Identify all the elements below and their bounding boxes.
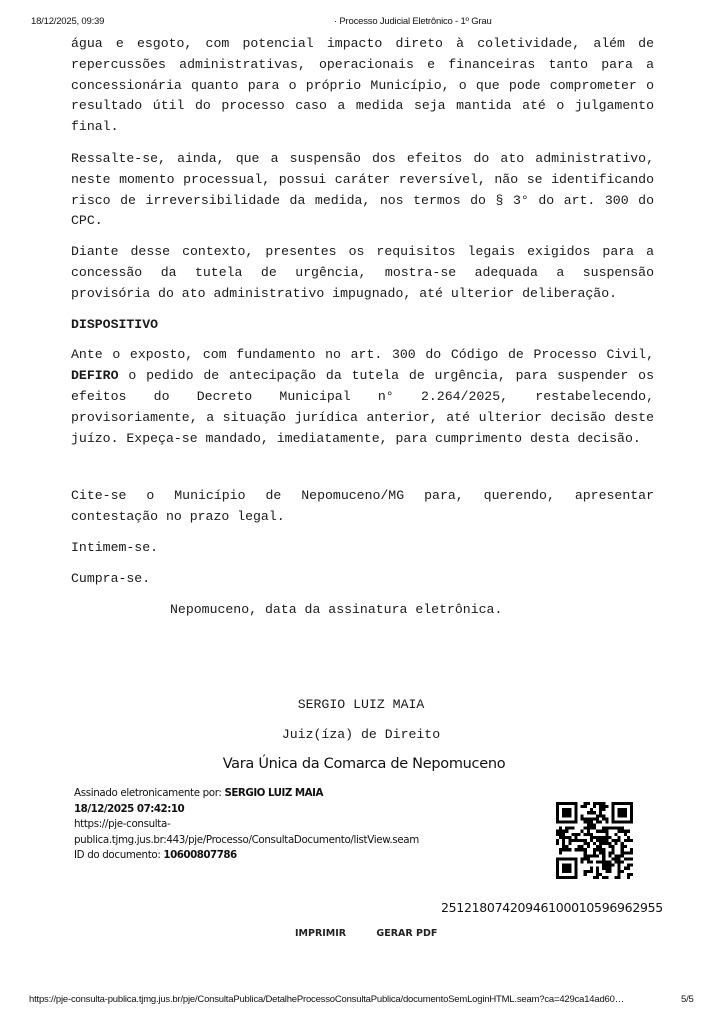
print-footer-url: https://pje-consulta-publica.tjmg.jus.br… xyxy=(29,994,624,1005)
judge-name: SERGIO LUIZ MAIA xyxy=(0,697,722,712)
section-heading-dispositivo: DISPOSITIVO xyxy=(71,315,654,336)
paragraph-cumpra: Cumpra-se. xyxy=(71,569,654,590)
print-header: 18/12/2025, 09:39 · Processo Judicial El… xyxy=(0,16,722,30)
paragraph-reversibility: Ressalte-se, ainda, que a suspensão dos … xyxy=(71,149,654,232)
document-actions: IMPRIMIR GERAR PDF xyxy=(295,928,437,939)
document-id-value: 10600807786 xyxy=(163,849,236,861)
print-datetime: 18/12/2025, 09:39 xyxy=(31,16,104,27)
verification-code: 25121807420946100010596962955 xyxy=(441,900,663,915)
electronic-signature-block: Assinado eletronicamente por: SERGIO LUI… xyxy=(74,786,419,864)
print-footer: https://pje-consulta-publica.tjmg.jus.br… xyxy=(0,994,722,1008)
verification-url-line1: https://pje-consulta- xyxy=(74,817,419,833)
decision-body: água e esgoto, com potencial impacto dir… xyxy=(71,34,654,630)
place-and-date: Nepomuceno, data da assinatura eletrônic… xyxy=(71,600,654,621)
dispositivo-text-after: o pedido de antecipação da tutela de urg… xyxy=(71,368,654,445)
paragraph-intimem: Intimem-se. xyxy=(71,538,654,559)
print-button[interactable]: IMPRIMIR xyxy=(295,928,346,939)
signed-by-line: Assinado eletronicamente por: SERGIO LUI… xyxy=(74,786,419,802)
verification-url-line2: publica.tjmg.jus.br:443/pje/Processo/Con… xyxy=(74,833,419,849)
signed-at: 18/12/2025 07:42:10 xyxy=(74,802,419,818)
document-id-line: ID do documento: 10600807786 xyxy=(74,848,419,864)
spacer xyxy=(71,459,654,486)
dispositivo-defiro: DEFIRO xyxy=(71,368,118,383)
paragraph-dispositivo: Ante o exposto, com fundamento no art. 3… xyxy=(71,345,654,449)
dispositivo-text-before: Ante o exposto, com fundamento no art. 3… xyxy=(71,347,654,362)
signed-by-label: Assinado eletronicamente por: xyxy=(74,787,224,799)
page-number: 5/5 xyxy=(681,994,694,1005)
paragraph-impact: água e esgoto, com potencial impacto dir… xyxy=(71,34,654,138)
print-page-title: · Processo Judicial Eletrônico - 1º Grau xyxy=(334,16,492,27)
paragraph-context: Diante desse contexto, presentes os requ… xyxy=(71,242,654,304)
judge-role: Juiz(íza) de Direito xyxy=(0,727,722,742)
court-name: Vara Única da Comarca de Nepomuceno xyxy=(0,756,722,772)
paragraph-citation: Cite-se o Município de Nepomuceno/MG par… xyxy=(71,486,654,528)
signed-by-name: SERGIO LUIZ MAIA xyxy=(224,787,322,799)
generate-pdf-button[interactable]: GERAR PDF xyxy=(376,928,437,939)
qr-code-icon xyxy=(556,802,633,879)
document-id-label: ID do documento: xyxy=(74,849,163,861)
